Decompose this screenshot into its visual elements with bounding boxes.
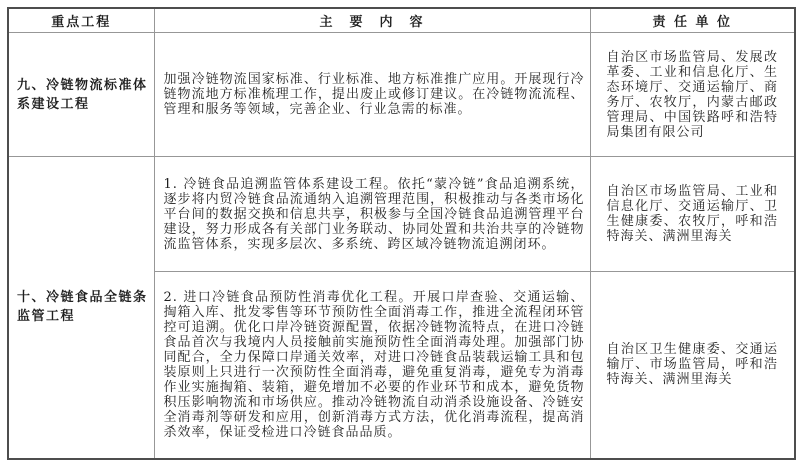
header-main-content: 主 要 内 容	[154, 8, 590, 33]
key-projects-table: 重点工程 主 要 内 容 责 任 单 位 九、冷链物流标准体系建设工程 加强冷链…	[7, 7, 796, 460]
project-9-name: 九、冷链物流标准体系建设工程	[8, 33, 154, 157]
header-key-project: 重点工程	[8, 8, 154, 33]
project-9-responsible-units: 自治区市场监管局、发展改革委、工业和信息化厅、生态环境厅、交通运输厅、商务厅、农…	[590, 33, 795, 157]
project-10-item-1-content: 1. 冷链食品追溯监管体系建设工程。依托“蒙冷链”食品追溯系统，逐步将内贸冷链食…	[154, 157, 590, 272]
project-10-item-2-responsible-units: 自治区卫生健康委、交通运输厅、市场监管局，呼和浩特海关、满洲里海关	[590, 272, 795, 459]
table-row-project-9: 九、冷链物流标准体系建设工程 加强冷链物流国家标准、行业标准、地方标准推广应用。…	[8, 33, 795, 157]
header-responsible-unit: 责 任 单 位	[590, 8, 795, 33]
project-10-name: 十、冷链食品全链条监管工程	[8, 157, 154, 459]
project-10-item-2-content: 2. 进口冷链食品预防性消毒优化工程。开展口岸查验、交通运输、掏箱入库、批发零售…	[154, 272, 590, 459]
table-header-row: 重点工程 主 要 内 容 责 任 单 位	[8, 8, 795, 33]
project-9-content: 加强冷链物流国家标准、行业标准、地方标准推广应用。开展现行冷链物流地方标准梳理工…	[154, 33, 590, 157]
project-10-item-1-responsible-units: 自治区市场监管局、工业和信息化厅、交通运输厅、卫生健康委、农牧厅，呼和浩特海关、…	[590, 157, 795, 272]
table-row-project-10-item-1: 十、冷链食品全链条监管工程 1. 冷链食品追溯监管体系建设工程。依托“蒙冷链”食…	[8, 157, 795, 272]
document-page: 重点工程 主 要 内 容 责 任 单 位 九、冷链物流标准体系建设工程 加强冷链…	[0, 0, 800, 465]
